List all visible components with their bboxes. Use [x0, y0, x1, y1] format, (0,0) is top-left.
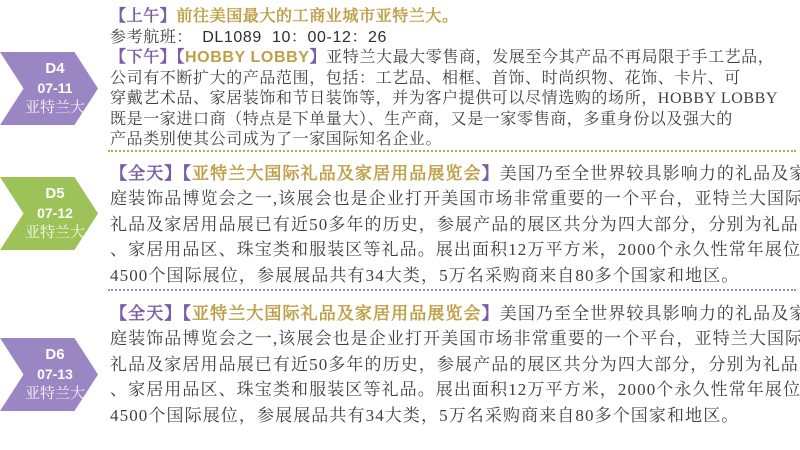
day-marker-d5: D5 07-12 亚特兰大: [0, 177, 98, 250]
expo-name: 亚特兰大国际礼品及家居用品展览会: [192, 304, 482, 323]
flight-line: 参考航班： DL1089 10：00-12：26: [110, 28, 798, 49]
body-text: 、家居用品区、珠宝类和服装区等礼品。展出面积12万平方米，2000个永久性常年展…: [110, 377, 798, 402]
body-text: 4500个国际展位，参展展品共有34大类，5万名采购商来自80多个国家和地区。: [110, 403, 798, 428]
body-text: 美国乃至全世界较具影响力的礼品及家: [500, 164, 800, 183]
day-id: D4: [45, 59, 64, 79]
flight-value: DL1089 10：00-12：26: [202, 29, 387, 46]
day-date: 07-11: [37, 79, 72, 98]
expo-name: 亚特兰大国际礼品及家居用品展览会: [192, 164, 482, 183]
allday-tag: 【全天】: [110, 304, 182, 323]
body-text: 穿戴艺术品、家居装饰和节日装饰等，并为客户提供可以尽情选购的场所，HOBBY L…: [110, 89, 798, 110]
body-text: 产品类别使其公司成为了一家国际知名企业。: [110, 130, 798, 151]
day-marker-d6: D6 07-13 亚特兰大: [0, 338, 98, 411]
afternoon-tag: 【下午】: [110, 49, 176, 66]
allday-tag: 【全天】: [110, 164, 182, 183]
morning-text: 前往美国最大的工商业城市亚特兰大。: [176, 8, 458, 25]
bracket-close: 】: [482, 304, 500, 323]
bracket-open: 【: [182, 164, 192, 183]
bracket-close: 】: [310, 49, 327, 66]
day-date: 07-13: [37, 365, 73, 384]
body-text: 礼品及家居用品展已有近50多年的历史，参展产品的展区共分为四大部分，分别为礼品区: [110, 212, 798, 237]
morning-tag: 【上午】: [110, 8, 176, 25]
body-text: 庭装饰品博览会之一,该展会也是企业打开美国市场非常重要的一个平台，亚特兰大国际: [110, 326, 798, 351]
section-d4: 【上午】前往美国最大的工商业城市亚特兰大。 参考航班： DL1089 10：00…: [110, 7, 798, 151]
bracket-close: 】: [482, 164, 500, 183]
bracket-open: 【: [176, 49, 185, 66]
body-text: 4500个国际展位，参展展品共有34大类，5万名采购商来自80多个国家和地区。: [110, 263, 798, 288]
bracket-open: 【: [182, 304, 192, 323]
itinerary-page: D4 07-11 亚特兰大 D5 07-12 亚特兰大 D6 07-13 亚特兰…: [0, 0, 800, 450]
section-d5: 【全天】【亚特兰大国际礼品及家居用品展览会】美国乃至全世界较具影响力的礼品及家 …: [110, 161, 798, 288]
day-id: D6: [45, 345, 64, 365]
morning-line: 【上午】前往美国最大的工商业城市亚特兰大。: [110, 7, 798, 28]
afternoon-line: 【下午】【HOBBY LOBBY】亚特兰大最大零售商，发展至今其产品不再局限于手…: [110, 48, 798, 69]
separator-green-dotted: [108, 150, 796, 152]
body-text: 公司有不断扩大的产品范围，包括：工艺品、相框、首饰、时尚织物、花饰、卡片、可: [110, 69, 798, 90]
day-city: 亚特兰大: [25, 384, 85, 404]
body-text: 美国乃至全世界较具影响力的礼品及家: [500, 304, 800, 323]
flight-label: 参考航班：: [110, 29, 202, 46]
section-d6: 【全天】【亚特兰大国际礼品及家居用品展览会】美国乃至全世界较具影响力的礼品及家 …: [110, 301, 798, 428]
venue-name: HOBBY LOBBY: [185, 49, 310, 66]
day-city: 亚特兰大: [25, 98, 85, 118]
body-text: 庭装饰品博览会之一,该展会也是企业打开美国市场非常重要的一个平台，亚特兰大国际: [110, 186, 798, 211]
body-text: 礼品及家居用品展已有近50多年的历史，参展产品的展区共分为四大部分，分别为礼品区: [110, 352, 798, 377]
allday-line: 【全天】【亚特兰大国际礼品及家居用品展览会】美国乃至全世界较具影响力的礼品及家: [110, 301, 798, 326]
day-marker-d4: D4 07-11 亚特兰大: [0, 52, 98, 125]
body-text: 既是一家进口商（特点是下单量大）、生产商，又是一家零售商，多重身份以及强大的: [110, 110, 798, 131]
body-text: 、家居用品区、珠宝类和服装区等礼品。展出面积12万平方米，2000个永久性常年展…: [110, 237, 798, 262]
body-text: 亚特兰大最大零售商，发展至今其产品不再局限于手工艺品，: [326, 49, 774, 66]
day-date: 07-12: [37, 204, 73, 223]
day-id: D5: [45, 184, 64, 204]
allday-line: 【全天】【亚特兰大国际礼品及家居用品展览会】美国乃至全世界较具影响力的礼品及家: [110, 161, 798, 186]
day-city: 亚特兰大: [25, 223, 85, 243]
separator-purple-dotted: [108, 289, 796, 291]
